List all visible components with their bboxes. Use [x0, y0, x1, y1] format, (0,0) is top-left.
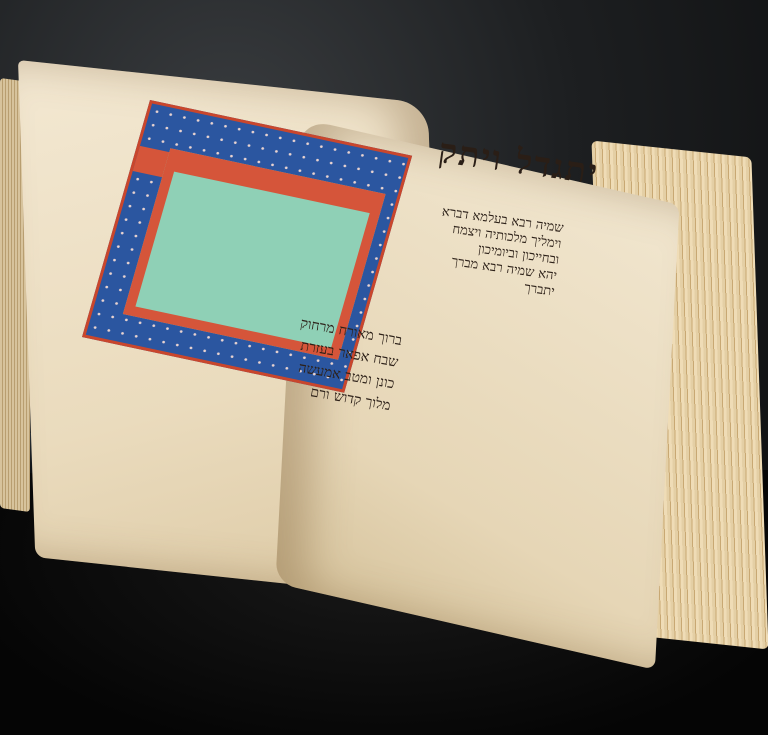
manuscript: יתגדל ויתק שמיה רבא בעלמא דברא וימליך מל… [0, 0, 768, 735]
